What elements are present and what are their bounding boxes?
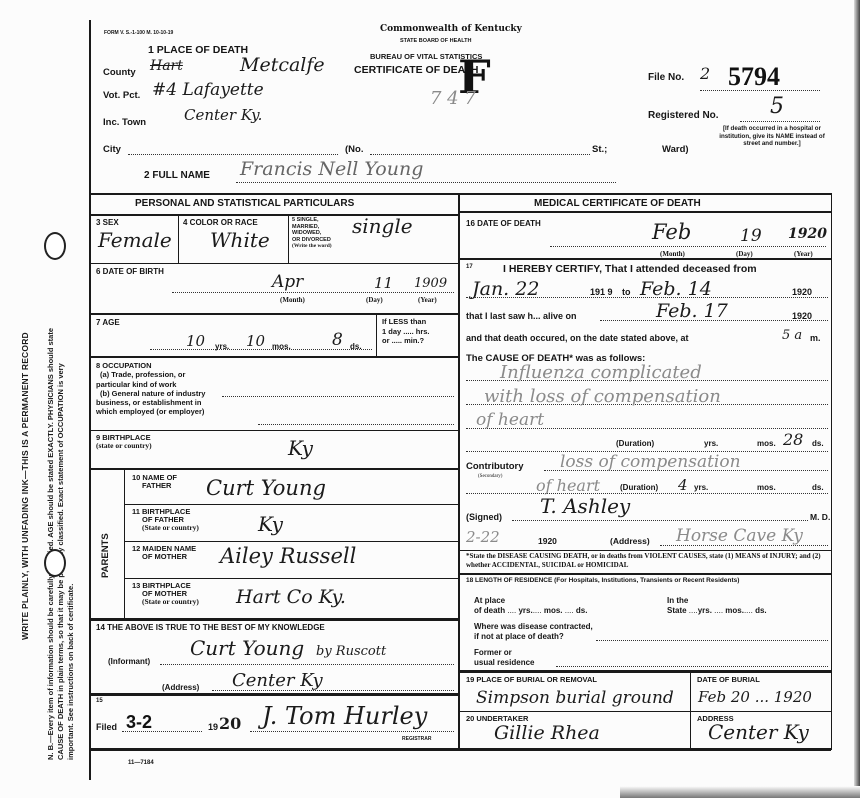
inc-town-value: Center Ky. [184,106,262,124]
vot-pct-label: Vot. Pct. [103,90,140,101]
signed-value: T. Ashley [540,494,630,518]
informant-line [160,664,454,665]
bottom-rule [91,748,831,751]
dod-line [550,246,826,247]
age-mos-label: mos. [272,342,291,351]
dod-year: 1920 [788,226,827,242]
father-birthplace-value: Ky [258,512,283,536]
left-border [89,20,91,780]
contributory-label: Contributory [466,461,524,472]
margin-instruction-line-1: N. B.—Every item of information should b… [46,328,55,760]
duration-label: (Duration) [616,439,654,448]
informant-label: (Informant) [108,657,150,666]
burial-date-value: Feb 20 ... 1920 [698,688,812,706]
county-value: Metcalfe [240,54,325,76]
dod-day: 19 [740,226,762,246]
death-time-value: 5 a [782,328,802,343]
county-label: County [103,67,136,78]
sex-value: Female [98,228,172,252]
race-label: 4 COLOR OR RACE [183,218,258,227]
cause-footnote: *State the DISEASE CAUSING DEATH, or in … [466,552,830,570]
parents-side-label: PARENTS [100,533,111,578]
dob-month-caption: (Month) [280,296,305,304]
burial-place-label: 19 PLACE OF BURIAL OR REMOVAL [466,675,597,684]
registrar-label: REGISTRAR [402,736,431,742]
contributory-duration-yrs: 4 [678,476,688,494]
father-name-value: Curt Young [206,476,326,500]
contributory-text-line-2: of heart [536,476,600,495]
cause-text-line-1: Influenza complicated [500,362,702,383]
file-no-line [700,90,820,91]
row-rule-3 [91,356,458,358]
burial-rule [460,711,831,712]
age-days: 8 [332,330,343,350]
registrar-line [250,731,454,732]
duration-yrs-label: yrs. [704,439,718,448]
full-name-value: Francis Nell Young [240,158,423,180]
age-months: 10 [246,332,265,350]
mother-birthplace-label: 13 BIRTHPLACE OF MOTHER (State or countr… [132,582,199,606]
attended-from-year: 191 9 [590,287,613,297]
county-struck-value: Hart [150,58,183,74]
filed-year-suffix: 20 [219,714,241,733]
father-birthplace-label: 11 BIRTHPLACE OF FATHER (State or countr… [132,508,199,532]
place-of-death-label: 1 PLACE OF DEATH [148,44,248,56]
occupation-a-line [222,396,454,397]
signed-year: 1920 [538,536,557,546]
medical-rule-1 [460,258,831,260]
former-residence-line [556,666,828,667]
margin-instruction-line-3: important. See instructions on back of c… [66,584,75,760]
hospital-note: [If death occurred in a hospital or inst… [718,125,826,148]
father-name-label: 10 NAME OF FATHER [132,474,177,490]
occupation-label: 8 OCCUPATION (a) Trade, profession, or p… [96,361,205,417]
dod-label: 16 DATE OF DEATH [466,219,541,228]
signed-date: 2-22 [466,528,500,546]
mother-birthplace-value: Hart Co Ky. [236,586,346,608]
contributory-mos-label: mos. [757,483,776,492]
last-saw-label: that I last saw h... alive on [466,311,577,321]
pencil-note: 7 4 7 [430,88,476,109]
dob-year-caption: (Year) [418,296,437,304]
vot-pct-value: #4 Lafayette [152,80,264,100]
contributory-line-2 [466,493,828,494]
page-edge-shadow [854,0,860,798]
sex-race-divider [178,215,179,263]
filed-number: 15 [96,698,103,704]
disease-contracted-label: Where was disease contracted, if not at … [474,622,593,642]
filed-date: 3-2 [126,712,152,733]
undertaker-address-value: Center Ky [708,720,809,744]
informant-address-value: Center Ky [232,670,323,691]
file-no-value: 5794 [728,62,780,92]
dod-month-caption: (Month) [660,250,685,258]
contributory-ds-label: ds. [812,483,824,492]
dob-year: 1909 [414,276,447,291]
disease-contracted-line [596,640,828,641]
street-label: St.; [592,144,607,155]
registered-no-label: Registered No. [648,110,719,121]
age-label: 7 AGE [96,318,120,327]
certify-number: 17 [466,264,473,270]
parents-rule-3 [125,578,458,579]
certify-text: I HEREBY CERTIFY, That I attended deceas… [503,263,757,275]
medical-rule-2 [460,550,831,551]
undertaker-value: Gillie Rhea [494,722,600,744]
physician-address-label: (Address) [610,536,650,546]
burial-date-label: DATE OF BURIAL [697,675,760,684]
former-residence-label: Former or usual residence [474,648,534,668]
age-less-divider [376,314,377,356]
age-years: 10 [186,332,205,350]
duration-mos-label: mos. [757,439,776,448]
attended-from: Jan. 22 [472,278,539,300]
attended-to-label: to [622,287,631,297]
age-ds-label: ds. [350,342,362,351]
race-value: White [210,228,270,252]
informant-value: Curt Young [190,636,304,660]
street-number-label: (No. [345,144,363,155]
parents-rule-2 [125,541,458,542]
physician-address-value: Horse Cave Ky [676,526,803,546]
inc-town-label: Inc. Town [103,117,146,128]
mother-maiden-value: Ailey Russell [220,544,356,568]
contributory-yrs-label: yrs. [694,483,708,492]
dob-label: 6 DATE OF BIRTH [96,267,164,276]
burial-place-value: Simpson burial ground [476,688,674,708]
medical-heading: MEDICAL CERTIFICATE OF DEATH [534,198,701,209]
death-time-label: and that death occured, on the date stat… [466,333,689,343]
last-saw-year: 1920 [792,311,812,321]
parents-column-divider [124,470,125,620]
signed-label: (Signed) [466,512,502,522]
attended-to: Feb. 14 [640,278,712,300]
death-time-suffix: m. [810,333,821,343]
street-line [370,154,590,155]
binder-hole-top [44,232,66,260]
birthplace-label: 9 BIRTHPLACE (state or country) [96,434,152,450]
residence-at-place-label: At place of death .... yrs..... mos. ...… [474,596,587,616]
signed-line [512,520,808,521]
medical-rule-3 [460,573,831,575]
medical-rule-4 [460,670,831,673]
registered-no-line [740,121,820,122]
form-number: FORM V. S.-1-100 M. 10-10-19 [104,30,173,36]
contributory-duration-label: (Duration) [620,483,658,492]
last-saw-value: Feb. 17 [656,300,728,322]
md-label: M. D. [810,512,830,522]
dob-day: 11 [374,274,393,292]
center-divider [458,193,460,750]
marital-label: 5 SINGLE, MARRIED, WIDOWED, OR DIVORCED … [292,217,332,250]
file-no-label: File No. [648,72,684,83]
state-board-heading: STATE BOARD OF HEALTH [400,38,472,44]
dod-month: Feb [652,220,691,244]
divider-top [91,193,831,195]
personal-heading: PERSONAL AND STATISTICAL PARTICULARS [135,198,354,209]
residence-heading: 18 LENGTH OF RESIDENCE (For Hospitals, I… [466,577,830,585]
footer-code: 11—7184 [128,760,154,766]
city-line [128,154,338,155]
medical-heading-rule [460,211,831,213]
parents-rule-1 [125,504,458,505]
ward-label: Ward) [662,144,689,155]
death-certificate-page: WRITE PLAINLY, WITH UNFADING INK—THIS IS… [0,0,860,798]
dob-line [172,292,454,293]
contributory-sub: (Secondary) [478,474,502,479]
row-rule-6 [91,618,458,621]
age-yrs-label: yrs. [215,342,229,351]
registrar-signature: J. Tom Hurley [262,702,427,730]
dob-day-caption: (Day) [366,296,383,304]
registered-no-value: 5 [770,94,784,119]
full-name-label: 2 FULL NAME [144,170,210,181]
full-name-line [236,182,616,183]
dod-day-caption: (Day) [736,250,753,258]
duration-ds-label: ds. [812,439,824,448]
commonwealth-heading: Commonwealth of Kentucky [380,24,522,34]
dob-month: Apr [272,272,303,292]
margin-permanent-record-note: WRITE PLAINLY, WITH UNFADING INK—THIS IS… [20,332,30,640]
page-bottom-shadow [620,786,860,798]
sex-label: 3 SEX [96,218,119,227]
occupation-b-line [258,424,454,425]
right-border [831,193,832,750]
attended-to-year: 1920 [792,287,812,297]
dod-year-caption: (Year) [794,250,813,258]
binder-hole-bottom [44,549,66,577]
duration-days: 28 [783,430,803,449]
filed-label: Filed [96,722,117,732]
birthplace-value: Ky [288,436,313,460]
row-rule-5 [91,468,458,470]
filed-year-prefix: 19 [208,722,218,732]
row-rule-1 [91,263,458,264]
row-rule-7 [91,693,458,696]
row-rule-2 [91,313,458,315]
informant-heading: 14 THE ABOVE IS TRUE TO THE BEST OF MY K… [96,623,325,632]
row-rule-4 [91,430,458,431]
file-no-prefix: 2 [700,64,710,83]
cause-text-line-3: of heart [476,410,544,430]
informant-address-label: (Address) [162,683,199,692]
contributory-text-line-1: loss of compensation [560,452,741,472]
cause-text-line-2: with loss of compensation [484,386,721,407]
race-marital-divider [288,215,289,263]
marital-value: single [352,214,413,238]
informant-by: by Ruscott [316,644,386,659]
less-than-day-note: If LESS than 1 day ..... hrs. or ..... m… [382,317,430,346]
mother-maiden-label: 12 MAIDEN NAME OF MOTHER [132,545,196,561]
residence-in-state-label: In the State ....yrs. .... mos..... ds. [667,596,767,616]
city-label: City [103,144,121,155]
